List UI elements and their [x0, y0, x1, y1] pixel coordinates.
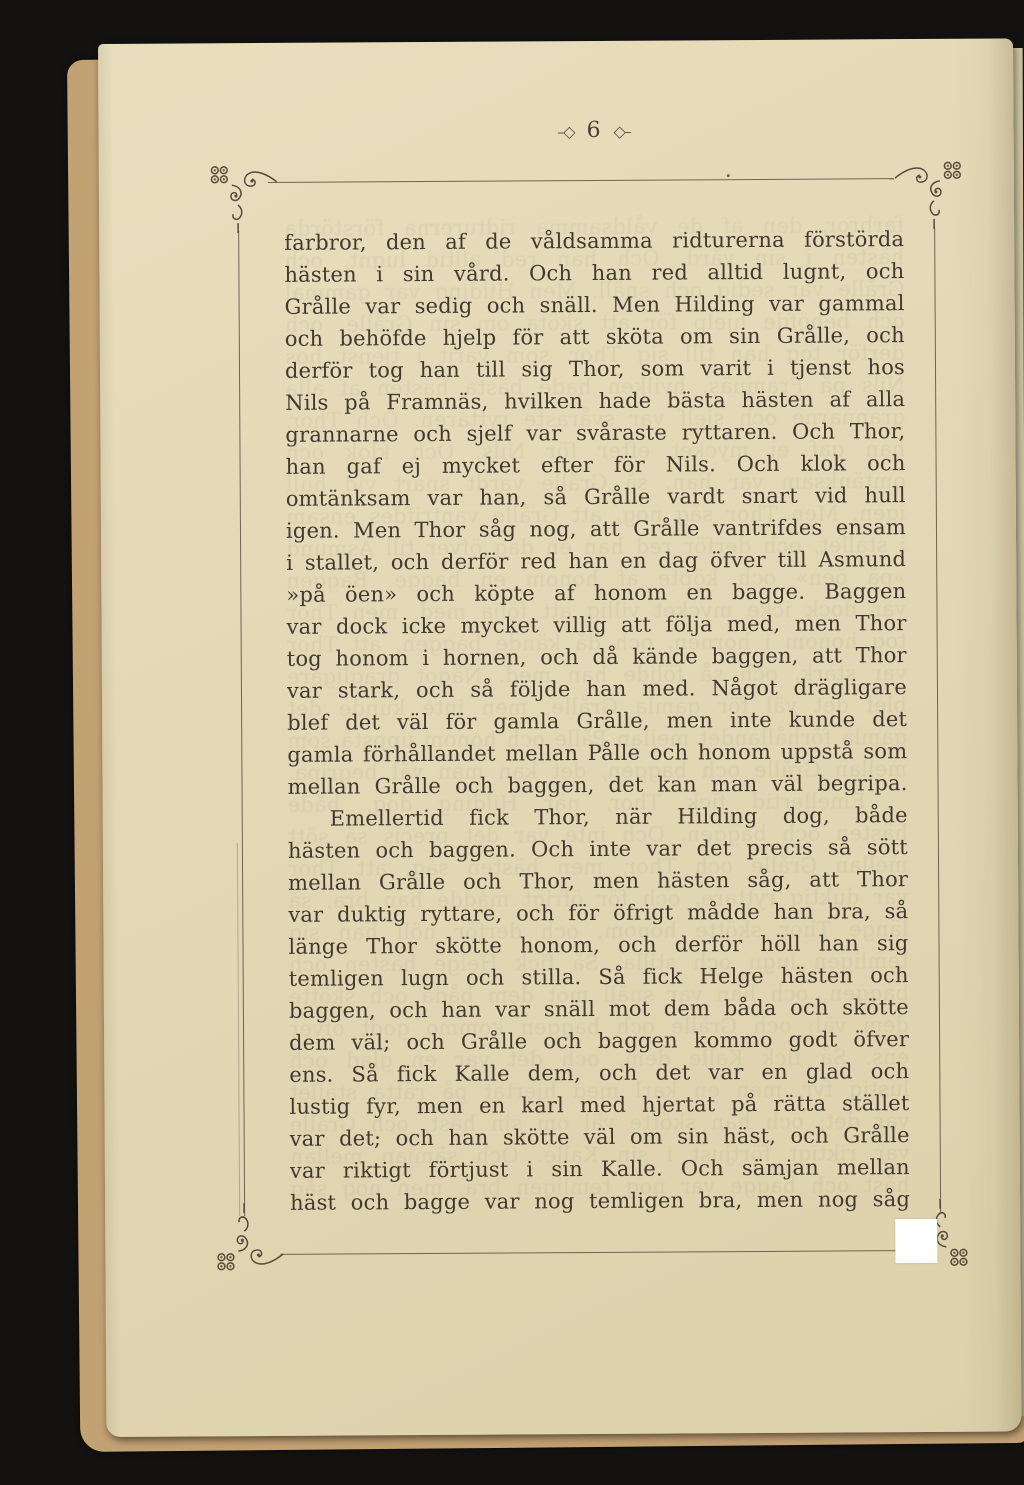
text-line: Emellertid fick Thor, när Hilding dog, b… — [288, 799, 908, 835]
text-line: var duktig ryttare, och för öfrigt mådde… — [288, 895, 908, 931]
text-line: länge Thor skötte honom, och derför höll… — [288, 927, 908, 963]
frame-rule-left-double — [237, 843, 240, 1216]
text-line: Grålle var sedig och snäll. Men Hilding … — [285, 287, 905, 323]
book-page: –◇ 6 ◇– farbror, den af de våldsamma rid… — [98, 38, 1021, 1437]
text-line: mellan Grålle och baggen, det kan man vä… — [287, 767, 907, 803]
text-line: hästen och baggen. Och inte var det prec… — [288, 831, 908, 867]
text-line: blef det väl för gamla Grålle, men inte … — [287, 703, 907, 739]
frame-rule-top — [268, 178, 894, 183]
text-line: mellan Grålle och Thor, men hästen såg, … — [288, 863, 908, 899]
text-line: ens. Så fick Kalle dem, och det var en g… — [289, 1055, 909, 1091]
text-line: och behöfde hjelp för att sköta om sin G… — [285, 319, 905, 355]
ink-speck — [727, 174, 730, 177]
frame-rule-bottom — [280, 1250, 905, 1255]
text-line: »på öen» och köpte af honom en bagge. Ba… — [286, 575, 906, 611]
white-patch — [895, 1219, 937, 1263]
corner-flourish-icon — [895, 157, 967, 229]
corner-flourish-icon — [205, 161, 277, 233]
text-line: var dock icke mycket villig att följa me… — [286, 607, 906, 643]
text-line: häst och bagge var nog temligen bra, men… — [290, 1183, 910, 1219]
text-line: han gaf ej mycket efter för Nils. Och kl… — [285, 447, 905, 483]
text-line: derför tog han till sig Thor, som varit … — [285, 351, 905, 387]
text-line: tog honom i hornen, och då kände baggen,… — [287, 639, 907, 675]
text-line: Nils på Framnäs, hvilken hade bästa häst… — [285, 383, 905, 419]
page-number: 6 — [586, 120, 600, 142]
header-swash-left-icon: –◇ — [557, 122, 573, 141]
text-line: var stark, och så följde han med. Något … — [287, 671, 907, 707]
text-line: var riktigt förtjust i sin Kalle. Och sä… — [290, 1151, 910, 1187]
text-line: farbror, den af de våldsamma ridturerna … — [284, 223, 904, 259]
text-line: gamla förhållandet mellan Pålle och hono… — [287, 735, 907, 771]
text-line: i stallet, och derför red han en dag öfv… — [286, 543, 906, 579]
text-line: temligen lugn och stilla. Så fick Helge … — [289, 959, 909, 995]
text-line: var det; och han skötte väl om sin häst,… — [290, 1119, 910, 1155]
text-line: omtänksam var han, så Grålle vardt snart… — [286, 479, 906, 515]
text-block: farbror, den af de våldsamma ridturerna … — [284, 223, 910, 1219]
header-swash-right-icon: ◇– — [613, 121, 629, 140]
text-line: hästen i sin vård. Och han red alltid lu… — [284, 255, 904, 291]
page-header: –◇ 6 ◇– — [283, 111, 903, 151]
frame-rule-right — [934, 227, 941, 1214]
text-line: grannarne och sjelf var svåraste ryttare… — [285, 415, 905, 451]
text-line: dem väl; och Grålle och baggen kommo god… — [289, 1023, 909, 1059]
text-line: lustig fyr, men en karl med hjertat på r… — [289, 1087, 909, 1123]
corner-flourish-icon — [211, 1203, 283, 1275]
text-line: igen. Men Thor såg nog, att Grålle vantr… — [286, 511, 906, 547]
text-line: baggen, och han var snäll mot dem båda o… — [289, 991, 909, 1027]
